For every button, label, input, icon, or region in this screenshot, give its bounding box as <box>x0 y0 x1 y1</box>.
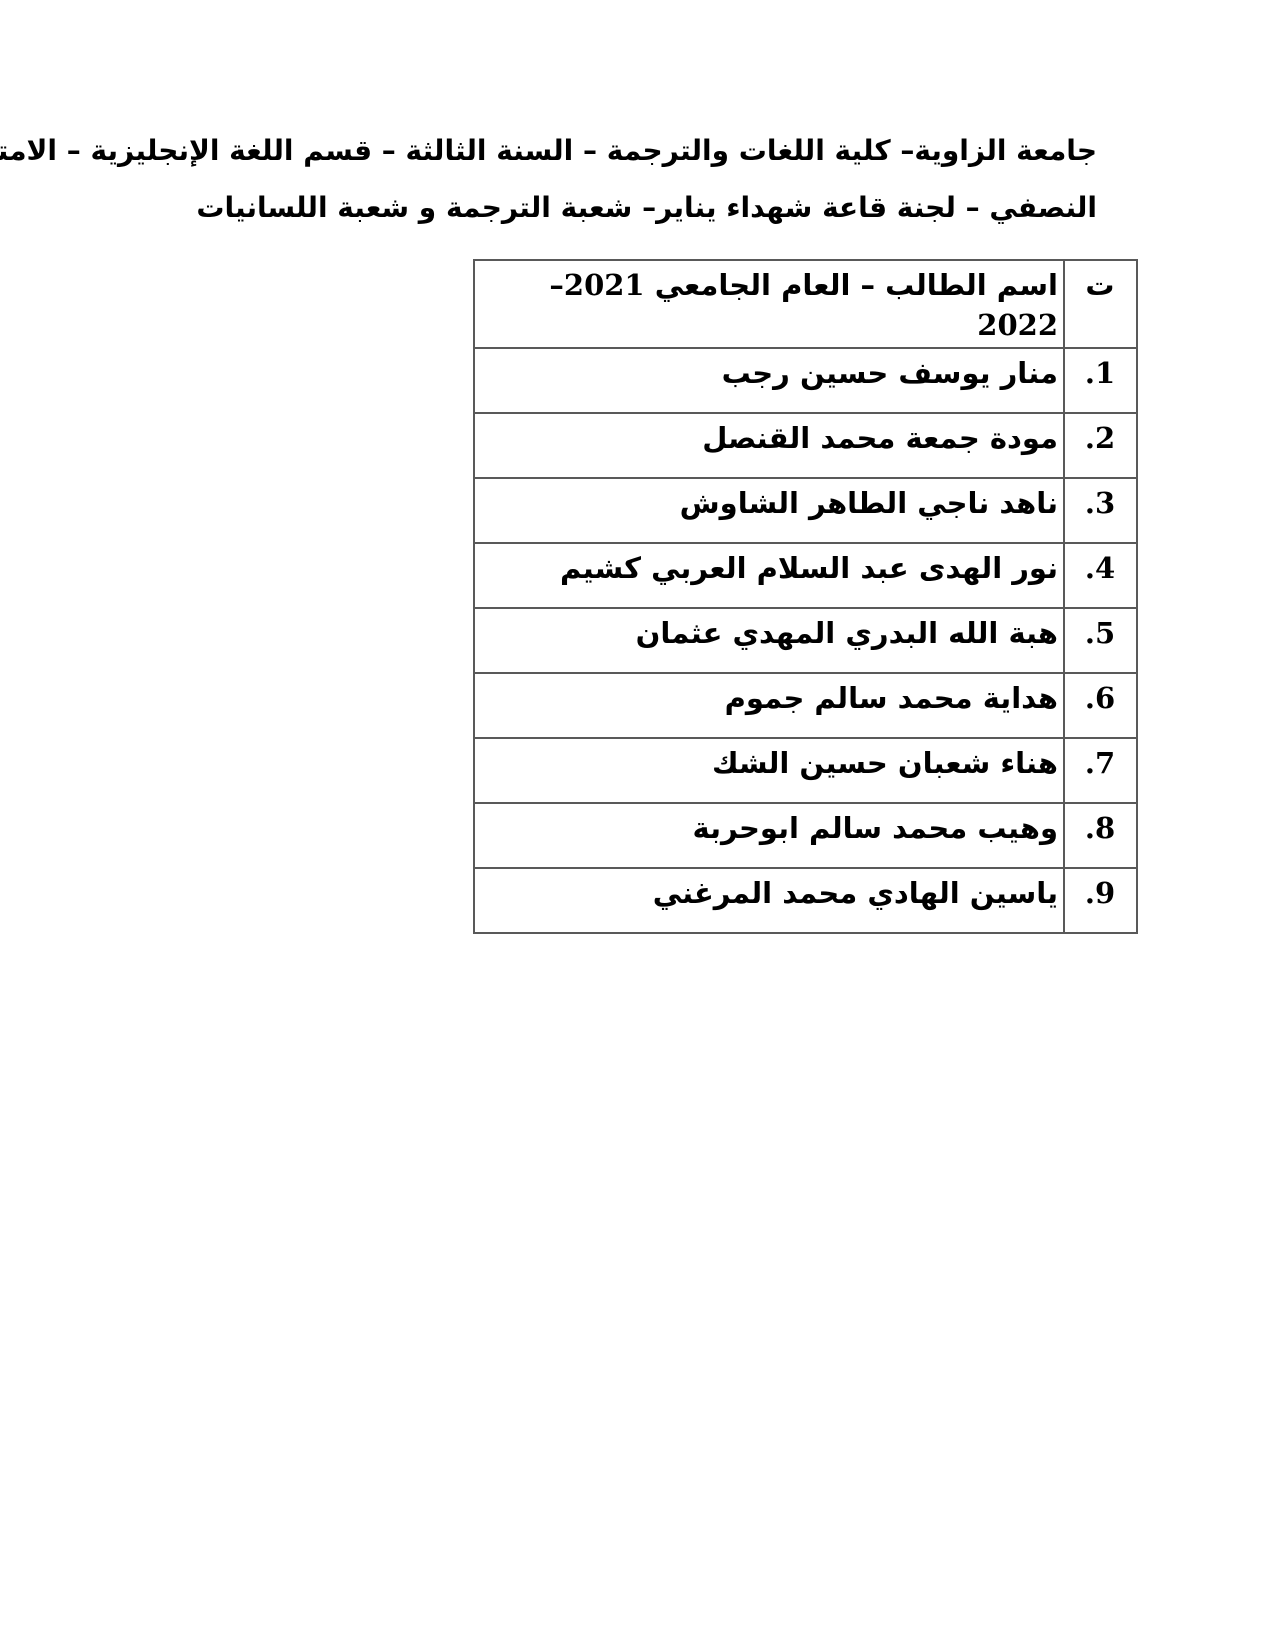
student-name: مودة جمعة محمد القنصل <box>474 413 1064 478</box>
row-number: 3. <box>1064 478 1137 543</box>
row-number: 8. <box>1064 803 1137 868</box>
row-number: 7. <box>1064 738 1137 803</box>
row-number: 2. <box>1064 413 1137 478</box>
student-name: ياسين الهادي محمد المرغني <box>474 868 1064 933</box>
row-number: 9. <box>1064 868 1137 933</box>
table-row: 2. مودة جمعة محمد القنصل <box>474 413 1137 478</box>
student-name: وهيب محمد سالم ابوحربة <box>474 803 1064 868</box>
table-row: 3. ناهد ناجي الطاهر الشاوش <box>474 478 1137 543</box>
table-row: 9. ياسين الهادي محمد المرغني <box>474 868 1137 933</box>
table-header-row: ت اسم الطالب – العام الجامعي 2021–2022 <box>474 260 1137 348</box>
name-header-label: اسم الطالب – العام الجامعي <box>655 268 1058 302</box>
row-number: 4. <box>1064 543 1137 608</box>
table-row: 4. نور الهدى عبد السلام العربي كشيم <box>474 543 1137 608</box>
document-header-line1: جامعة الزاوية– كلية اللغات والترجمة – ال… <box>0 131 1097 171</box>
students-table: ت اسم الطالب – العام الجامعي 2021–2022 1… <box>473 259 1138 934</box>
table-row: 1. منار يوسف حسين رجب <box>474 348 1137 413</box>
row-number: 5. <box>1064 608 1137 673</box>
table-row: 5. هبة الله البدري المهدي عثمان <box>474 608 1137 673</box>
table-row: 7. هناء شعبان حسين الشك <box>474 738 1137 803</box>
student-name: منار يوسف حسين رجب <box>474 348 1064 413</box>
student-name: ناهد ناجي الطاهر الشاوش <box>474 478 1064 543</box>
serial-column-header: ت <box>1064 260 1137 348</box>
student-name: هناء شعبان حسين الشك <box>474 738 1064 803</box>
table-row: 6. هداية محمد سالم جموم <box>474 673 1137 738</box>
student-name: نور الهدى عبد السلام العربي كشيم <box>474 543 1064 608</box>
table-row: 8. وهيب محمد سالم ابوحربة <box>474 803 1137 868</box>
document-header-line2: النصفي – لجنة قاعة شهداء يناير– شعبة الت… <box>196 188 1097 228</box>
student-name: هداية محمد سالم جموم <box>474 673 1064 738</box>
document-page: جامعة الزاوية– كلية اللغات والترجمة – ال… <box>0 0 1275 1650</box>
row-number: 6. <box>1064 673 1137 738</box>
student-name: هبة الله البدري المهدي عثمان <box>474 608 1064 673</box>
name-column-header: اسم الطالب – العام الجامعي 2021–2022 <box>474 260 1064 348</box>
row-number: 1. <box>1064 348 1137 413</box>
